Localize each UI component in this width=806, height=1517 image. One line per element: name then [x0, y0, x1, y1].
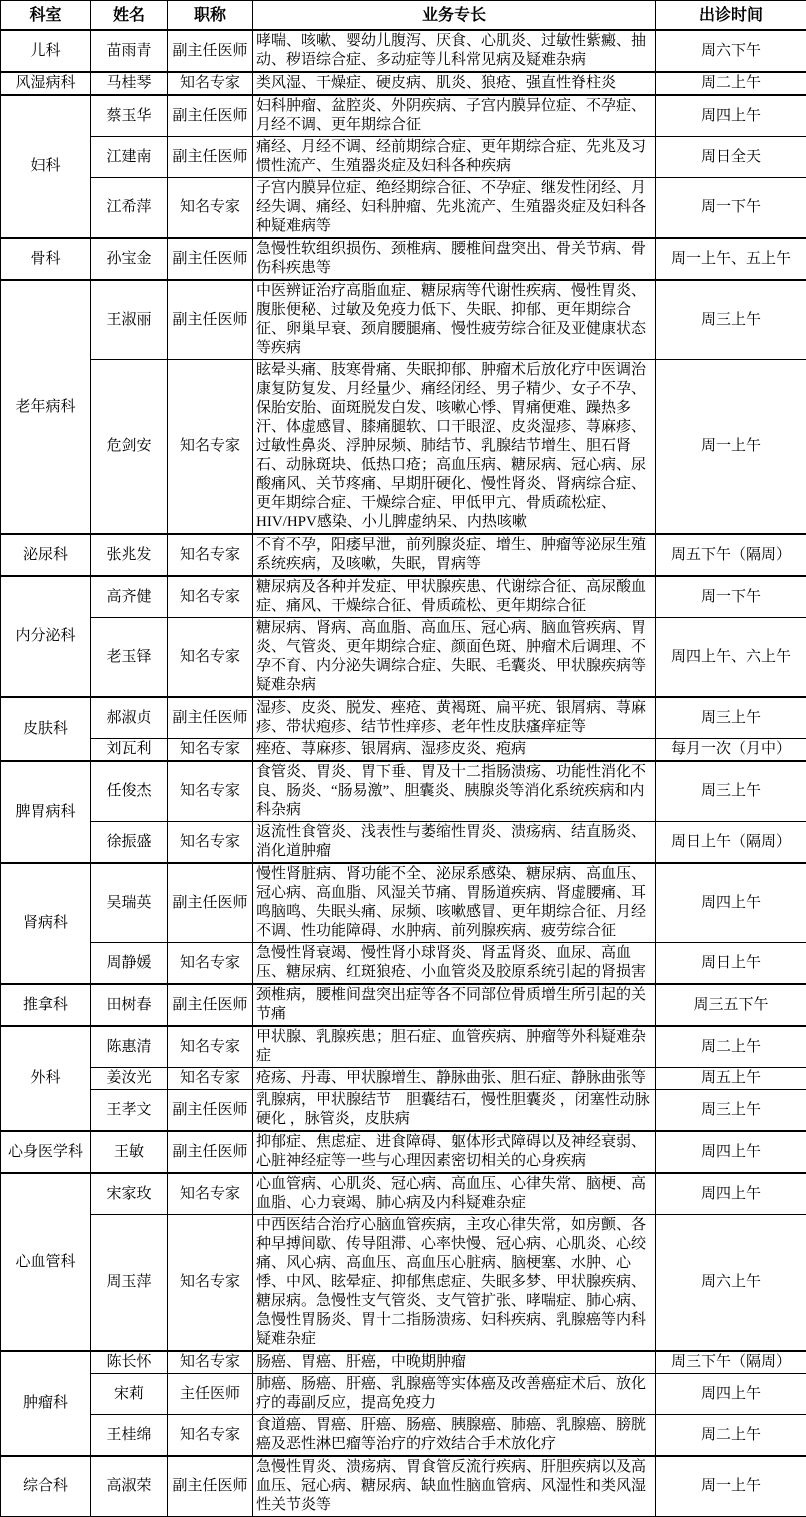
department-cell: 妇科 — [1, 95, 91, 238]
header-department: 科室 — [1, 1, 91, 31]
schedule-time: 周日上午（隔周） — [656, 822, 806, 864]
table-row: 宋莉主任医师肺癌、肠癌、肝癌、乳腺癌等实体癌及改善癌症术后、放化疗的毒副反应，提… — [1, 1374, 806, 1415]
table-row: 综合科高淑荣副主任医师急慢性胃炎、溃疡病、胃食管反流行疾病、肝胆疾病以及高血压、… — [1, 1456, 806, 1517]
doctor-title: 知名专家 — [168, 822, 253, 864]
doctor-name: 王孝文 — [91, 1090, 168, 1132]
doctor-specialty: 慢性肾脏病、肾功能不全、泌尿系感染、糖尿病、高血压、冠心病、高血脂、风湿关节痛、… — [253, 863, 656, 943]
doctor-specialty: 妇科肿瘤、盆腔炎、外阴疾病、子宫内膜异位症、不孕症、月经不调、更年期综合征 — [253, 95, 656, 137]
department-cell: 肾病科 — [1, 863, 91, 984]
doctor-title: 知名专家 — [168, 1215, 253, 1352]
doctor-specialty: 肠癌、胃癌、肝癌，中晚期肿瘤 — [253, 1351, 656, 1374]
doctor-specialty: 类风湿、干燥症、硬皮病、肌炎、狼疮、强直性脊柱炎 — [253, 72, 656, 95]
schedule-time: 周三五下午 — [656, 984, 806, 1026]
table-row: 江希萍知名专家子宫内膜异位症、绝经期综合征、不孕症、继发性闭经、月经失调、痛经、… — [1, 178, 806, 239]
doctor-specialty: 哮喘、咳嗽、婴幼儿腹泻、厌食、心肌炎、过敏性紫癜、抽动、秽语综合症、多动症等儿科… — [253, 30, 656, 72]
table-row: 江建南副主任医师痛经、月经不调、经前期综合症、更年期综合症、先兆及习惯性流产、生… — [1, 137, 806, 178]
doctor-specialty: 中医辨证治疗高脂血症、糖尿病等代谢性疾病、慢性胃炎、腹胀便秘、过敏及免疫力低下、… — [253, 280, 656, 360]
doctor-specialty: 疮疡、丹毒、甲状腺增生、静脉曲张、胆石症、静脉曲张等 — [253, 1068, 656, 1090]
doctor-specialty: 中西医结合治疗心脑血管疾病，主攻心律失常，如房颤、各种早搏间歇、传导阻滞、心率快… — [253, 1215, 656, 1352]
doctor-name: 老玉铎 — [91, 618, 168, 698]
schedule-time: 周四上午 — [656, 1131, 806, 1173]
doctor-schedule-table: 科室 姓名 职称 业务专长 出诊时间 儿科苗雨青副主任医师哮喘、咳嗽、婴幼儿腹泻… — [0, 0, 806, 1517]
schedule-time: 周三下午（隔周） — [656, 1351, 806, 1374]
schedule-time: 周四上午 — [656, 95, 806, 137]
table-row: 心血管科宋家玫知名专家心血管病、心肌炎、冠心病、高血压、心律失常、脑梗、高血脂、… — [1, 1173, 806, 1215]
table-row: 风湿病科马桂琴知名专家类风湿、干燥症、硬皮病、肌炎、狼疮、强直性脊柱炎周二上午 — [1, 72, 806, 95]
doctor-title: 副主任医师 — [168, 95, 253, 137]
doctor-title: 副主任医师 — [168, 280, 253, 360]
schedule-time: 周三上午 — [656, 697, 806, 739]
doctor-title: 知名专家 — [168, 761, 253, 822]
doctor-title: 主任医师 — [168, 1374, 253, 1415]
table-row: 周玉萍知名专家中西医结合治疗心脑血管疾病，主攻心律失常，如房颤、各种早搏间歇、传… — [1, 1215, 806, 1352]
doctor-name: 江建南 — [91, 137, 168, 178]
department-cell: 泌尿科 — [1, 534, 91, 576]
table-row: 肿瘤科陈长怀知名专家肠癌、胃癌、肝癌，中晚期肿瘤周三下午（隔周） — [1, 1351, 806, 1374]
doctor-title: 知名专家 — [168, 1068, 253, 1090]
table-row: 推拿科田树春副主任医师颈椎病，腰椎间盘突出症等各不同部位骨质增生所引起的关节痛周… — [1, 984, 806, 1026]
schedule-time: 周五上午 — [656, 1068, 806, 1090]
department-cell: 心身医学科 — [1, 1131, 91, 1173]
doctor-specialty: 痤疮、荨麻疹、银屑病、湿疹皮炎、疱病 — [253, 739, 656, 762]
doctor-name: 危剑安 — [91, 360, 168, 535]
doctor-name: 江希萍 — [91, 178, 168, 239]
header-schedule: 出诊时间 — [656, 1, 806, 31]
department-cell: 心血管科 — [1, 1173, 91, 1351]
department-cell: 内分泌科 — [1, 576, 91, 697]
schedule-time: 周日全天 — [656, 137, 806, 178]
doctor-specialty: 心血管病、心肌炎、冠心病、高血压、心律失常、脑梗、高血脂、心力衰竭、肺心病及内科… — [253, 1173, 656, 1215]
table-row: 心身医学科王敏副主任医师抑郁症、焦虑症、进食障碍、躯体形式障碍以及神经衰弱、心脏… — [1, 1131, 806, 1173]
doctor-specialty: 甲状腺、乳腺疾患；胆石症、血管疾病、肿瘤等外科疑难杂症 — [253, 1026, 656, 1068]
doctor-specialty: 糖尿病、肾病、高血脂、高血压、冠心病、脑血管疾病、胃炎、气管炎、更年期综合症、颜… — [253, 618, 656, 698]
doctor-title: 副主任医师 — [168, 1456, 253, 1517]
doctor-name: 宋家玫 — [91, 1173, 168, 1215]
header-title: 职称 — [168, 1, 253, 31]
schedule-time: 周二上午 — [656, 72, 806, 95]
doctor-name: 蔡玉华 — [91, 95, 168, 137]
header-name: 姓名 — [91, 1, 168, 31]
doctor-name: 吴瑞英 — [91, 863, 168, 943]
doctor-title: 知名专家 — [168, 739, 253, 762]
doctor-title: 副主任医师 — [168, 238, 253, 280]
doctor-specialty: 痛经、月经不调、经前期综合症、更年期综合症、先兆及习惯性流产、生殖器炎症及妇科各… — [253, 137, 656, 178]
doctor-name: 张兆发 — [91, 534, 168, 576]
schedule-time: 周四上午 — [656, 863, 806, 943]
table-row: 姜汝光知名专家疮疡、丹毒、甲状腺增生、静脉曲张、胆石症、静脉曲张等周五上午 — [1, 1068, 806, 1090]
doctor-specialty: 食道癌、胃癌、肝癌、肠癌、胰腺癌、肺癌、乳腺癌、膀胱癌及恶性淋巴瘤等治疗的疗效结… — [253, 1415, 656, 1457]
table-row: 肾病科吴瑞英副主任医师慢性肾脏病、肾功能不全、泌尿系感染、糖尿病、高血压、冠心病… — [1, 863, 806, 943]
doctor-title: 知名专家 — [168, 72, 253, 95]
table-row: 内分泌科高齐健知名专家糖尿病及各种并发症、甲状腺疾患、代谢综合征、高尿酸血症、痛… — [1, 576, 806, 618]
doctor-name: 王淑丽 — [91, 280, 168, 360]
doctor-title: 知名专家 — [168, 576, 253, 618]
doctor-title: 知名专家 — [168, 1351, 253, 1374]
doctor-title: 副主任医师 — [168, 984, 253, 1026]
department-cell: 风湿病科 — [1, 72, 91, 95]
table-row: 老年病科王淑丽副主任医师中医辨证治疗高脂血症、糖尿病等代谢性疾病、慢性胃炎、腹胀… — [1, 280, 806, 360]
doctor-specialty: 不育不孕，阳痿早泄，前列腺炎症、增生、肿瘤等泌尿生殖系统疾病，及咳嗽，失眠，胃病… — [253, 534, 656, 576]
department-cell: 推拿科 — [1, 984, 91, 1026]
schedule-time: 周二上午 — [656, 1026, 806, 1068]
department-cell: 老年病科 — [1, 280, 91, 534]
department-cell: 骨科 — [1, 238, 91, 280]
table-row: 王桂绵知名专家食道癌、胃癌、肝癌、肠癌、胰腺癌、肺癌、乳腺癌、膀胱癌及恶性淋巴瘤… — [1, 1415, 806, 1457]
table-row: 皮肤科郝淑贞副主任医师湿疹、皮炎、脱发、痤疮、黄褐斑、扁平疣、银屑病、荨麻疹、带… — [1, 697, 806, 739]
doctor-name: 任俊杰 — [91, 761, 168, 822]
doctor-name: 高淑荣 — [91, 1456, 168, 1517]
doctor-specialty: 急慢性肾衰竭、慢性肾小球肾炎、肾盂肾炎、血尿、高血压、糖尿病、红斑狼疮、小血管炎… — [253, 943, 656, 985]
doctor-name: 宋莉 — [91, 1374, 168, 1415]
doctor-name: 刘瓦利 — [91, 739, 168, 762]
schedule-time: 周四上午 — [656, 1173, 806, 1215]
doctor-title: 知名专家 — [168, 360, 253, 535]
doctor-name: 姜汝光 — [91, 1068, 168, 1090]
header-specialty: 业务专长 — [253, 1, 656, 31]
table-row: 老玉铎知名专家糖尿病、肾病、高血脂、高血压、冠心病、脑血管疾病、胃炎、气管炎、更… — [1, 618, 806, 698]
schedule-time: 周一上午 — [656, 1456, 806, 1517]
schedule-time: 周一下午 — [656, 576, 806, 618]
table-header-row: 科室 姓名 职称 业务专长 出诊时间 — [1, 1, 806, 31]
doctor-specialty: 急慢性软组织损伤、颈椎病、腰椎间盘突出、骨关节病、骨伤科疾患等 — [253, 238, 656, 280]
doctor-title: 副主任医师 — [168, 1131, 253, 1173]
doctor-title: 知名专家 — [168, 178, 253, 239]
schedule-time: 周四上午 — [656, 1374, 806, 1415]
doctor-specialty: 湿疹、皮炎、脱发、痤疮、黄褐斑、扁平疣、银屑病、荨麻疹、带状疱疹、结节性痒疹、老… — [253, 697, 656, 739]
doctor-title: 副主任医师 — [168, 30, 253, 72]
doctor-title: 副主任医师 — [168, 863, 253, 943]
schedule-time: 周二上午 — [656, 1415, 806, 1457]
doctor-name: 王敏 — [91, 1131, 168, 1173]
doctor-specialty: 颈椎病，腰椎间盘突出症等各不同部位骨质增生所引起的关节痛 — [253, 984, 656, 1026]
doctor-specialty: 乳腺病，甲状腺结节 胆囊结石，慢性胆囊炎 ，闭塞性动脉硬化 ，脉管炎，皮肤病 — [253, 1090, 656, 1132]
doctor-specialty: 抑郁症、焦虑症、进食障碍、躯体形式障碍以及神经衰弱、心脏神经症等一些与心理因素密… — [253, 1131, 656, 1173]
doctor-name: 陈惠清 — [91, 1026, 168, 1068]
table-row: 刘瓦利知名专家痤疮、荨麻疹、银屑病、湿疹皮炎、疱病每月一次（月中） — [1, 739, 806, 762]
department-cell: 脾胃病科 — [1, 761, 91, 863]
schedule-time: 周四上午、六上午 — [656, 618, 806, 698]
doctor-specialty: 食管炎、胃炎、胃下垂、胃及十二指肠溃疡、功能性消化不良、肠炎、“肠易激”、胆囊炎… — [253, 761, 656, 822]
doctor-title: 知名专家 — [168, 618, 253, 698]
table-row: 妇科蔡玉华副主任医师妇科肿瘤、盆腔炎、外阴疾病、子宫内膜异位症、不孕症、月经不调… — [1, 95, 806, 137]
table-row: 泌尿科张兆发知名专家不育不孕，阳痿早泄，前列腺炎症、增生、肿瘤等泌尿生殖系统疾病… — [1, 534, 806, 576]
doctor-name: 陈长怀 — [91, 1351, 168, 1374]
doctor-title: 知名专家 — [168, 943, 253, 985]
doctor-name: 苗雨青 — [91, 30, 168, 72]
doctor-title: 知名专家 — [168, 534, 253, 576]
department-cell: 综合科 — [1, 1456, 91, 1517]
department-cell: 外科 — [1, 1026, 91, 1131]
doctor-name: 郝淑贞 — [91, 697, 168, 739]
schedule-time: 周一下午 — [656, 178, 806, 239]
table-row: 外科陈惠清知名专家甲状腺、乳腺疾患；胆石症、血管疾病、肿瘤等外科疑难杂症周二上午 — [1, 1026, 806, 1068]
table-row: 脾胃病科任俊杰知名专家食管炎、胃炎、胃下垂、胃及十二指肠溃疡、功能性消化不良、肠… — [1, 761, 806, 822]
table-row: 徐振盛知名专家返流性食管炎、浅表性与萎缩性胃炎、溃疡病、结直肠炎、消化道肿瘤周日… — [1, 822, 806, 864]
department-cell: 儿科 — [1, 30, 91, 72]
schedule-time: 周三上午 — [656, 1090, 806, 1132]
doctor-name: 马桂琴 — [91, 72, 168, 95]
doctor-title: 知名专家 — [168, 1173, 253, 1215]
doctor-name: 高齐健 — [91, 576, 168, 618]
schedule-time: 每月一次（月中） — [656, 739, 806, 762]
schedule-time: 周六下午 — [656, 30, 806, 72]
schedule-time: 周五下午（隔周） — [656, 534, 806, 576]
doctor-name: 王桂绵 — [91, 1415, 168, 1457]
schedule-time: 周三上午 — [656, 761, 806, 822]
doctor-specialty: 急慢性胃炎、溃疡病、胃食管反流行疾病、肝胆疾病以及高血压、冠心病、糖尿病、缺血性… — [253, 1456, 656, 1517]
doctor-title: 知名专家 — [168, 1415, 253, 1457]
table-row: 危剑安知名专家眩晕头痛、肢寒骨痛、失眠抑郁、肿瘤术后放化疗中医调治康复防复发、月… — [1, 360, 806, 535]
department-cell: 皮肤科 — [1, 697, 91, 761]
doctor-specialty: 眩晕头痛、肢寒骨痛、失眠抑郁、肿瘤术后放化疗中医调治康复防复发、月经量少、痛经闭… — [253, 360, 656, 535]
schedule-time: 周三上午 — [656, 280, 806, 360]
schedule-time: 周日上午 — [656, 943, 806, 985]
doctor-title: 副主任医师 — [168, 697, 253, 739]
doctor-title: 副主任医师 — [168, 137, 253, 178]
doctor-title: 副主任医师 — [168, 1090, 253, 1132]
doctor-specialty: 肺癌、肠癌、肝癌、乳腺癌等实体癌及改善癌症术后、放化疗的毒副反应，提高免疫力 — [253, 1374, 656, 1415]
schedule-time: 周六上午 — [656, 1215, 806, 1352]
doctor-specialty: 糖尿病及各种并发症、甲状腺疾患、代谢综合征、高尿酸血症、痛风、干燥综合征、骨质疏… — [253, 576, 656, 618]
doctor-name: 孙宝金 — [91, 238, 168, 280]
table-row: 骨科孙宝金副主任医师急慢性软组织损伤、颈椎病、腰椎间盘突出、骨关节病、骨伤科疾患… — [1, 238, 806, 280]
doctor-name: 徐振盛 — [91, 822, 168, 864]
doctor-title: 知名专家 — [168, 1026, 253, 1068]
doctor-name: 田树春 — [91, 984, 168, 1026]
department-cell: 肿瘤科 — [1, 1351, 91, 1456]
doctor-specialty: 返流性食管炎、浅表性与萎缩性胃炎、溃疡病、结直肠炎、消化道肿瘤 — [253, 822, 656, 864]
table-row: 王孝文副主任医师乳腺病，甲状腺结节 胆囊结石，慢性胆囊炎 ，闭塞性动脉硬化 ，脉… — [1, 1090, 806, 1132]
doctor-specialty: 子宫内膜异位症、绝经期综合征、不孕症、继发性闭经、月经失调、痛经、妇科肿瘤、先兆… — [253, 178, 656, 239]
table-row: 儿科苗雨青副主任医师哮喘、咳嗽、婴幼儿腹泻、厌食、心肌炎、过敏性紫癜、抽动、秽语… — [1, 30, 806, 72]
doctor-name: 周玉萍 — [91, 1215, 168, 1352]
doctor-name: 周静媛 — [91, 943, 168, 985]
schedule-time: 周一上午 — [656, 360, 806, 535]
table-body: 儿科苗雨青副主任医师哮喘、咳嗽、婴幼儿腹泻、厌食、心肌炎、过敏性紫癜、抽动、秽语… — [1, 30, 806, 1517]
schedule-time: 周一上午、五上午 — [656, 238, 806, 280]
table-row: 周静媛知名专家急慢性肾衰竭、慢性肾小球肾炎、肾盂肾炎、血尿、高血压、糖尿病、红斑… — [1, 943, 806, 985]
